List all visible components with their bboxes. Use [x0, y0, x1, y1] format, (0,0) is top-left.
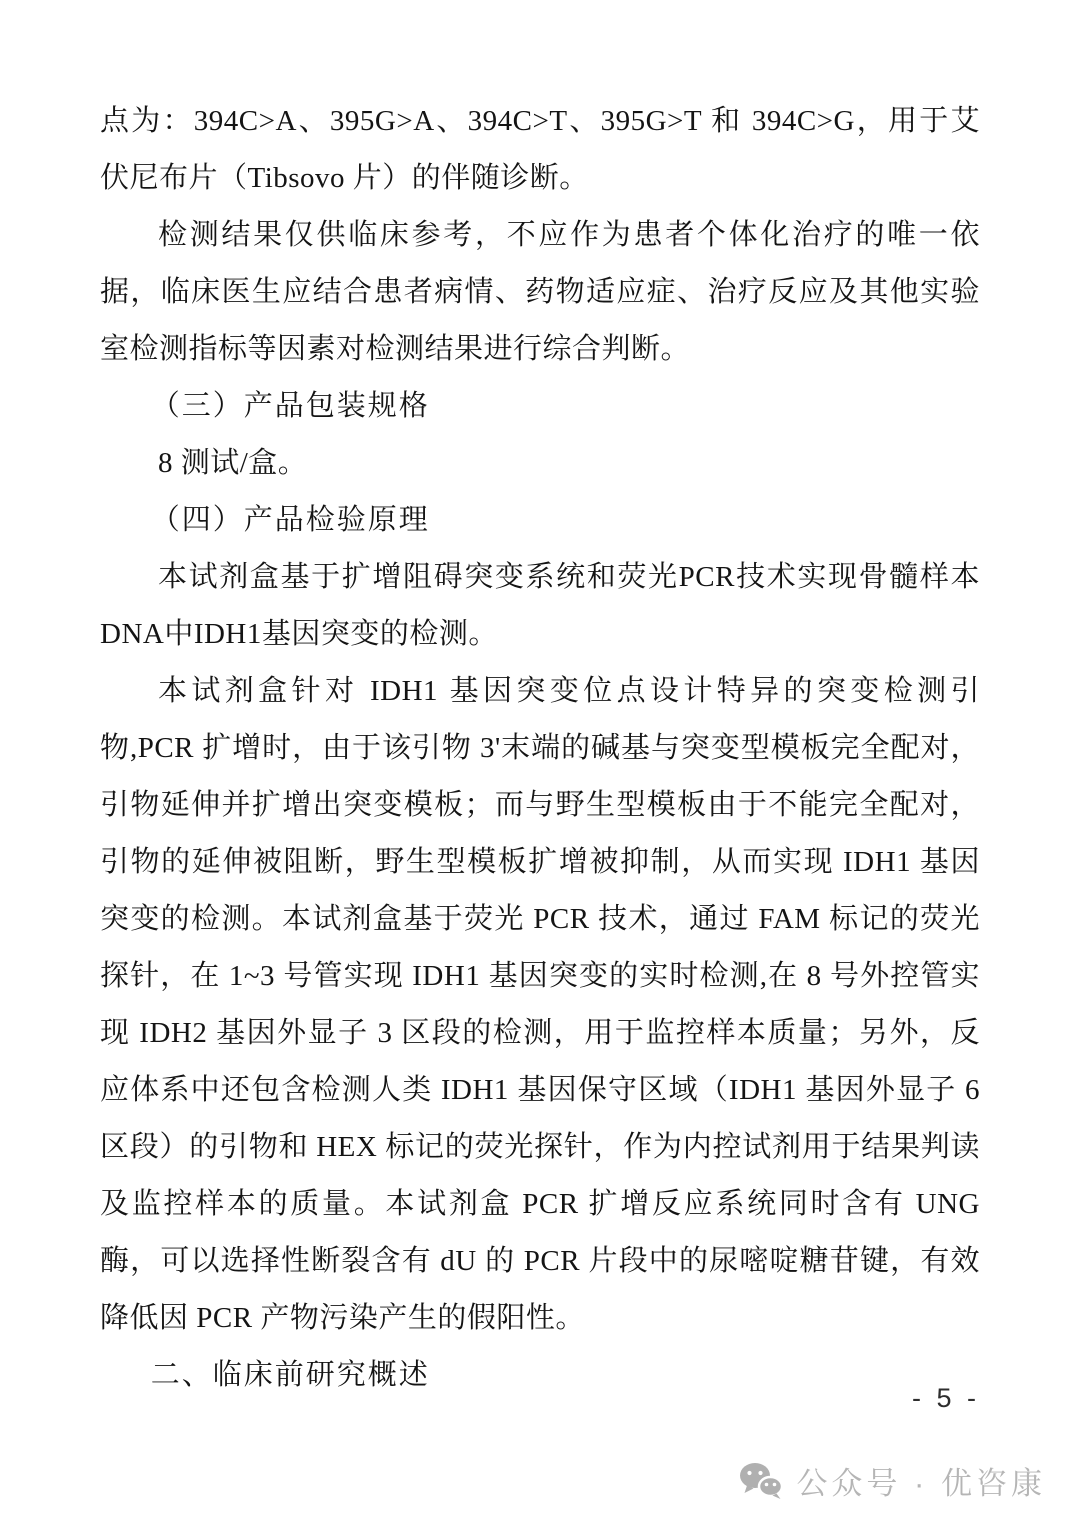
section-heading-packaging: （三）产品包装规格	[100, 378, 980, 435]
section-heading-preclinical: 二、临床前研究概述	[100, 1347, 980, 1404]
wechat-watermark: 公众号 · 优咨康	[739, 1458, 1046, 1503]
paragraph-package-size: 8 测试/盒。	[100, 435, 980, 492]
paragraph-principle-overview: 本试剂盒基于扩增阻碍突变系统和荧光PCR技术实现骨髓样本DNA中IDH1基因突变…	[100, 549, 980, 663]
wechat-label: 公众号 · 优咨康	[796, 1458, 1046, 1503]
document-body: 点为：394C>A、395G>A、394C>T、395G>T 和 394C>G，…	[100, 93, 980, 1404]
paragraph-principle-detail: 本试剂盒针对 IDH1 基因突变位点设计特异的突变检测引物,PCR 扩增时，由于…	[100, 663, 980, 1347]
document-page: 点为：394C>A、395G>A、394C>T、395G>T 和 394C>G，…	[0, 0, 1080, 1527]
wechat-icon	[739, 1462, 783, 1500]
paragraph-diagnostic-sites: 点为：394C>A、395G>A、394C>T、395G>T 和 394C>G，…	[100, 93, 980, 207]
section-heading-test-principle: （四）产品检验原理	[100, 492, 980, 549]
paragraph-clinical-reference: 检测结果仅供临床参考，不应作为患者个体化治疗的唯一依据，临床医生应结合患者病情、…	[100, 207, 980, 378]
page-number: - 5 -	[912, 1383, 980, 1414]
